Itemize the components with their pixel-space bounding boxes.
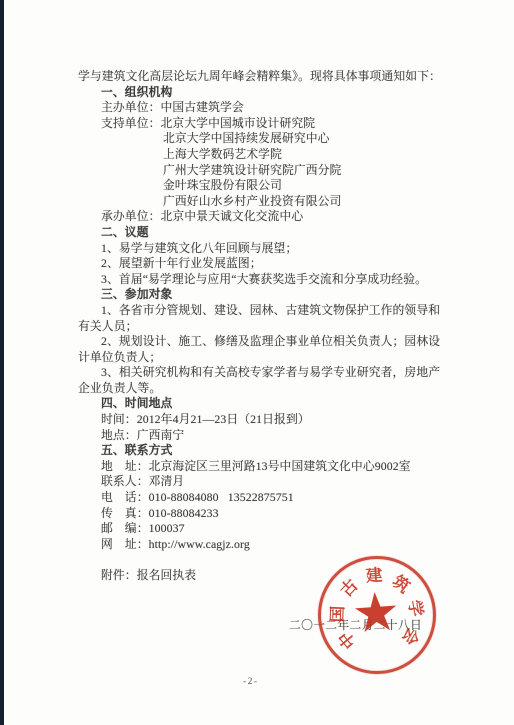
page-number: -2- xyxy=(243,677,259,687)
document-line: 计单位负责人； xyxy=(78,350,450,366)
document-line: 3、首届“易学理论与应用“大赛获奖选手交流和分享成功经验。 xyxy=(78,272,450,288)
document-line: 北京大学中国持续发展研究中心 xyxy=(78,131,450,147)
document-line: 四、时间地点 xyxy=(78,396,450,412)
document-line: 上海大学数码艺术学院 xyxy=(78,147,450,163)
document-line: 地点：广西南宁 xyxy=(78,428,450,444)
document-line: 传 真：010-88084233 xyxy=(78,506,450,522)
document-line: 2、展望新十年行业发展蓝图； xyxy=(78,256,450,272)
document-line: 1、各省市分管规划、建设、园林、古建筑文物保护工作的领导和 xyxy=(78,303,450,319)
document-line: 学与建筑文化高层论坛九周年峰会精粹集》。现将具体事项通知如下： xyxy=(78,69,450,85)
document-line: 邮 编：100037 xyxy=(78,521,450,537)
document-line: 企业负责人等。 xyxy=(78,381,450,397)
document-line: 网 址：http://www.cagjz.org xyxy=(78,537,450,553)
document-line: 金叶珠宝股份有限公司 xyxy=(78,178,450,194)
document-line: 三、参加对象 xyxy=(78,287,450,303)
document-body: 学与建筑文化高层论坛九周年峰会精粹集》。现将具体事项通知如下：一、组织机构主办单… xyxy=(78,69,450,584)
document-line: 电 话：010-88084080 13522875751 xyxy=(78,490,450,506)
document-line: 承办单位：北京中景天诚文化交流中心 xyxy=(78,209,450,225)
document-line: 广州大学建筑设计研究院广西分院 xyxy=(78,163,450,179)
document-line: 附件：报名回执表 xyxy=(78,568,450,584)
scan-edge-strip xyxy=(0,0,4,725)
document-line: 主办单位：中国古建筑学会 xyxy=(78,100,450,116)
document-line: 一、组织机构 xyxy=(78,85,450,101)
document-line: 二、议题 xyxy=(78,225,450,241)
document-line: 3、相关研究机构和有关高校专家学者与易学专业研究者，房地产 xyxy=(78,365,450,381)
document-line: 联系人：邓清月 xyxy=(78,474,450,490)
document-line: 支持单位：北京大学中国城市设计研究院 xyxy=(78,116,450,132)
date-line: 二〇一二年二月二十八日 xyxy=(289,616,422,633)
document-line: 有关人员； xyxy=(78,319,450,335)
document-line: 广西好山水乡村产业投资有限公司 xyxy=(78,194,450,210)
star-icon: ★ xyxy=(346,583,406,643)
document-line: 五、联系方式 xyxy=(78,443,450,459)
document-line: 1、易学与建筑文化八年回顾与展望； xyxy=(78,241,450,257)
document-line xyxy=(78,552,450,568)
document-line: 时间：2012年4月21—23日（21日报到） xyxy=(78,412,450,428)
scanned-document-page: 学与建筑文化高层论坛九周年峰会精粹集》。现将具体事项通知如下：一、组织机构主办单… xyxy=(0,0,514,725)
document-line: 地 址：北京海淀区三里河路13号中国建筑文化中心9002室 xyxy=(78,459,450,475)
document-line: 2、规划设计、施工、修缮及监理企事业单位相关负责人；园林设 xyxy=(78,334,450,350)
